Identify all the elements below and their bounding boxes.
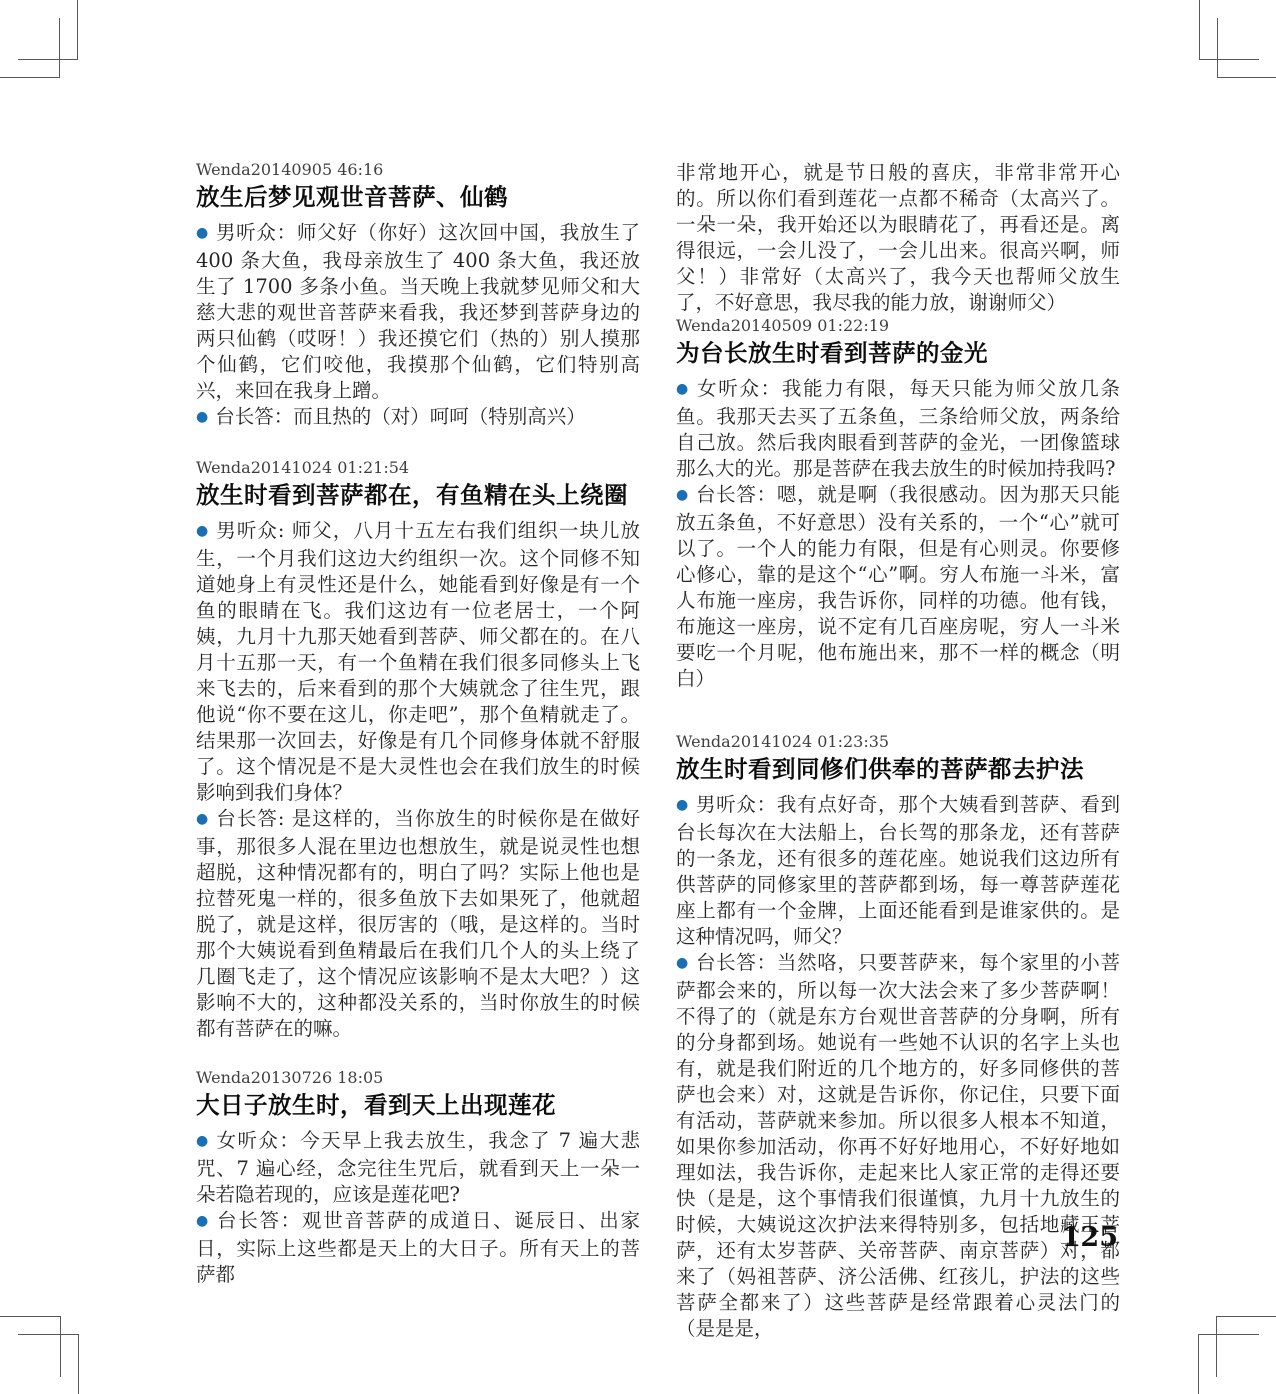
recording-id: Wenda20141024 01:21:54 (196, 458, 640, 478)
qa-paragraph: ●男听众：师父好（你好）这次回中国，我放生了 400 条大鱼，我母亲放生了 40… (196, 220, 640, 404)
qa-paragraph: ●男听众: 师父，八月十五左右我们组织一块儿放生，一个月我们这边大约组织一次。这… (196, 518, 640, 806)
paragraph-text: 男听众: 师父，八月十五左右我们组织一块儿放生，一个月我们这边大约组织一次。这个… (196, 519, 640, 804)
paragraph-text: 男听众：师父好（你好）这次回中国，我放生了 400 条大鱼，我母亲放生了 400… (196, 221, 640, 402)
section-title: 放生时看到同修们供奉的菩萨都去护法 (676, 754, 1120, 785)
section-title: 大日子放生时，看到天上出现莲花 (196, 1090, 640, 1121)
qa-section-dream-cranes: Wenda20140905 46:16 放生后梦见观世音菩萨、仙鹤 ●男听众：师… (196, 160, 640, 432)
crop-mark-bottom-right-inner (1198, 1334, 1259, 1394)
qa-paragraph: ●女听众：今天早上我去放生，我念了 7 遍大悲咒、7 遍心经，念完往生咒后，就看… (196, 1128, 640, 1208)
crop-mark-top-left-inner (0, 18, 60, 78)
page-number: 125 (1000, 1222, 1118, 1254)
crop-mark-top-right-inner (1217, 18, 1276, 78)
book-page: Wenda20140905 46:16 放生后梦见观世音菩萨、仙鹤 ●男听众：师… (0, 0, 1276, 1394)
paragraph-text: 台长答: 是这样的，当你放生的时候你是在做好事，那很多人混在里边也想放生，就是说… (196, 807, 640, 1040)
speaker-bullet-icon: ● (676, 381, 690, 397)
speaker-bullet-icon: ● (196, 225, 209, 241)
recording-id: Wenda20141024 01:23:35 (676, 732, 1120, 752)
speaker-bullet-icon: ● (196, 409, 208, 425)
speaker-bullet-icon: ● (676, 955, 689, 971)
continuation-paragraph: 非常地开心，就是节日般的喜庆，非常非常开心的。所以你们看到莲花一点都不稀奇（太高… (676, 160, 1120, 316)
qa-paragraph: ●台长答: 是这样的，当你放生的时候你是在做好事，那很多人混在里边也想放生，就是… (196, 806, 640, 1042)
paragraph-text: 非常地开心，就是节日般的喜庆，非常非常开心的。所以你们看到莲花一点都不稀奇（太高… (676, 161, 1120, 314)
paragraph-text: 女听众：我能力有限，每天只能为师父放几条鱼。我那天去买了五条鱼，三条给师父放，两… (676, 377, 1120, 480)
qa-section-fish-spirit: Wenda20141024 01:21:54 放生时看到菩萨都在，有鱼精在头上绕… (196, 458, 640, 1042)
qa-paragraph: ●男听众：我有点好奇，那个大姨看到菩萨、看到台长每次在大法船上，台长驾的那条龙，… (676, 792, 1120, 950)
paragraph-text: 台长答：观世音菩萨的成道日、诞辰日、出家日，实际上这些都是天上的大日子。所有天上… (196, 1209, 640, 1286)
qa-paragraph: ●女听众：我能力有限，每天只能为师父放几条鱼。我那天去买了五条鱼，三条给师父放，… (676, 376, 1120, 482)
qa-paragraph: ●台长答：观世音菩萨的成道日、诞辰日、出家日，实际上这些都是天上的大日子。所有天… (196, 1208, 640, 1288)
section-title: 放生后梦见观世音菩萨、仙鹤 (196, 182, 640, 213)
recording-id: Wenda20140509 01:22:19 (676, 316, 1120, 336)
paragraph-text: 台长答：当然咯，只要菩萨来，每个家里的小菩萨都会来的，所以每一次大法会来了多少菩… (676, 951, 1120, 1340)
qa-paragraph: ●台长答：而且热的（对）呵呵（特别高兴） (196, 404, 640, 432)
qa-paragraph: ●台长答：当然咯，只要菩萨来，每个家里的小菩萨都会来的，所以每一次大法会来了多少… (676, 950, 1120, 1342)
recording-id: Wenda20130726 18:05 (196, 1068, 640, 1088)
speaker-bullet-icon: ● (196, 1213, 210, 1229)
column-left: Wenda20140905 46:16 放生后梦见观世音菩萨、仙鹤 ●男听众：师… (196, 160, 640, 1288)
paragraph-text: 台长答：而且热的（对）呵呵（特别高兴） (215, 405, 586, 428)
qa-paragraph: ●台长答：嗯，就是啊（我很感动。因为那天只能放五条鱼，不好意思）没有关系的，一个… (676, 482, 1120, 692)
continuation-block: 非常地开心，就是节日般的喜庆，非常非常开心的。所以你们看到莲花一点都不稀奇（太高… (676, 160, 1120, 316)
column-right: 非常地开心，就是节日般的喜庆，非常非常开心的。所以你们看到莲花一点都不稀奇（太高… (676, 160, 1120, 1342)
speaker-bullet-icon: ● (196, 811, 209, 827)
speaker-bullet-icon: ● (196, 523, 209, 539)
paragraph-text: 女听众：今天早上我去放生，我念了 7 遍大悲咒、7 遍心经，念完往生咒后，就看到… (196, 1129, 640, 1206)
qa-section-lotus-sky: Wenda20130726 18:05 大日子放生时，看到天上出现莲花 ●女听众… (196, 1068, 640, 1288)
section-title: 为台长放生时看到菩萨的金光 (676, 338, 1120, 369)
speaker-bullet-icon: ● (676, 487, 689, 503)
qa-section-golden-light: Wenda20140509 01:22:19 为台长放生时看到菩萨的金光 ●女听… (676, 316, 1120, 692)
paragraph-text: 男听众：我有点好奇，那个大姨看到菩萨、看到台长每次在大法船上，台长驾的那条龙，还… (676, 793, 1120, 948)
crop-mark-bottom-left-inner (18, 1334, 79, 1394)
section-title: 放生时看到菩萨都在，有鱼精在头上绕圈 (196, 480, 640, 511)
recording-id: Wenda20140905 46:16 (196, 160, 640, 180)
speaker-bullet-icon: ● (676, 797, 689, 813)
speaker-bullet-icon: ● (196, 1133, 210, 1149)
paragraph-text: 台长答：嗯，就是啊（我很感动。因为那天只能放五条鱼，不好意思）没有关系的，一个“… (676, 483, 1120, 690)
